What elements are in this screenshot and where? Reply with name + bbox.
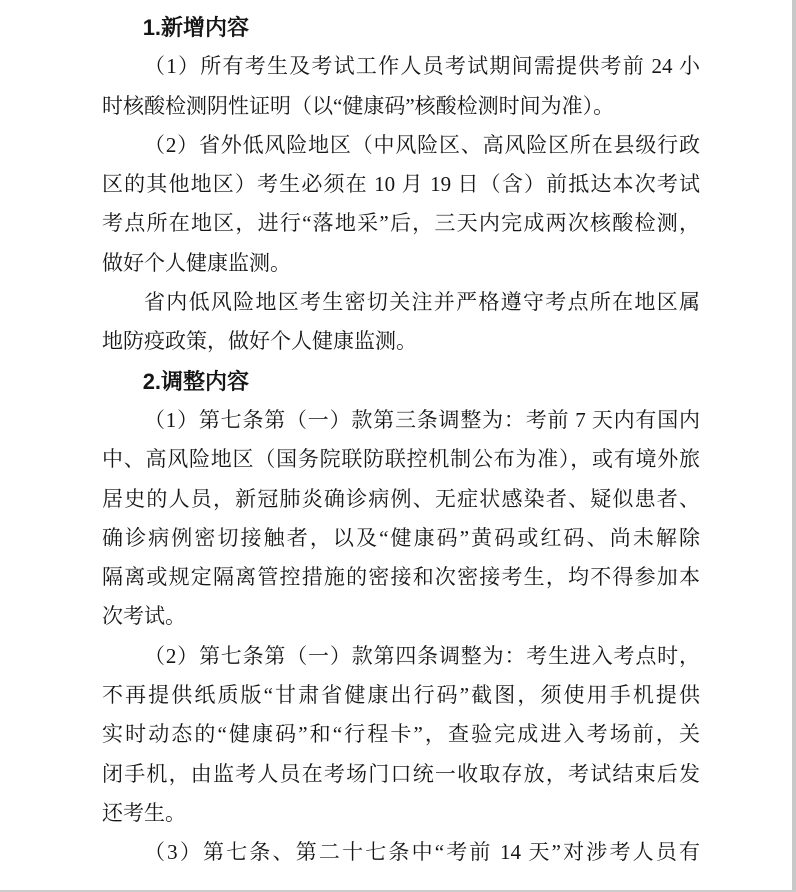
document-line: （3）第七条、第二十七条中“考前 14 天”对涉考人员有: [102, 833, 700, 872]
document-content: 1.新增内容 （1）所有考生及考试工作人员考试期间需提供考前 24 小 时核酸检…: [102, 8, 700, 873]
document-line: 居史的人员，新冠肺炎确诊病例、无症状感染者、疑似患者、: [102, 480, 700, 519]
document-line: （2）第七条第（一）款第四条调整为：考生进入考点时，: [102, 637, 700, 676]
document-line: 考点所在地区，进行“落地采”后，三天内完成两次核酸检测，: [102, 204, 700, 243]
document-line: （1）第七条第（一）款第三条调整为：考前 7 天内有国内: [102, 401, 700, 440]
document-line: 不再提供纸质版“甘肃省健康出行码”截图，须使用手机提供: [102, 676, 700, 715]
document-line: 还考生。: [102, 794, 700, 833]
document-line: 区的其他地区）考生必须在 10 月 19 日（含）前抵达本次考试: [102, 165, 700, 204]
document-line: 地防疫政策，做好个人健康监测。: [102, 322, 700, 361]
document-line: 确诊病例密切接触者，以及“健康码”黄码或红码、尚未解除: [102, 519, 700, 558]
document-line: 闭手机，由监考人员在考场门口统一收取存放，考试结束后发: [102, 755, 700, 794]
section-heading-new-content: 1.新增内容: [102, 8, 700, 47]
document-page: 1.新增内容 （1）所有考生及考试工作人员考试期间需提供考前 24 小 时核酸检…: [0, 0, 796, 892]
section-heading-adjusted-content: 2.调整内容: [102, 362, 700, 401]
document-line: 隔离或规定隔离管控措施的密接和次密接考生，均不得参加本: [102, 558, 700, 597]
document-line: 中、高风险地区（国务院联防联控机制公布为准），或有境外旅: [102, 440, 700, 479]
document-line: 做好个人健康监测。: [102, 244, 700, 283]
document-line: 时核酸检测阴性证明（以“健康码”核酸检测时间为准）。: [102, 87, 700, 126]
document-line: 省内低风险地区考生密切关注并严格遵守考点所在地区属: [102, 283, 700, 322]
document-line: 次考试。: [102, 597, 700, 636]
page-edge-right: [792, 0, 796, 892]
document-line: 实时动态的“健康码”和“行程卡”，查验完成进入考场前，关: [102, 715, 700, 754]
document-line: （2）省外低风险地区（中风险区、高风险区所在县级行政: [102, 126, 700, 165]
document-line: （1）所有考生及考试工作人员考试期间需提供考前 24 小: [102, 47, 700, 86]
